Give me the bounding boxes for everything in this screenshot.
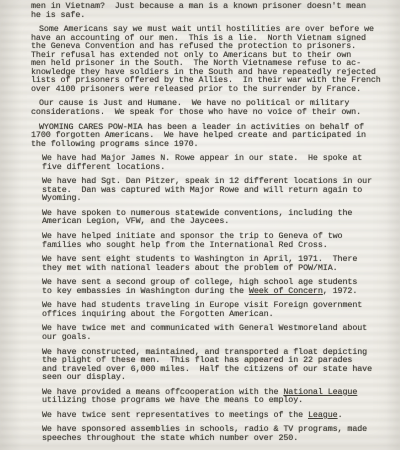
paragraph: WYOMING CARES POW-MIA has been a leader … (31, 123, 394, 149)
paragraph: We have constructed, maintained, and tra… (42, 348, 394, 382)
text-run: over 4100 prisoners were released prior … (31, 84, 361, 94)
text-line: seen our display. (42, 373, 394, 382)
text-line: men in Vietnam? Just because a man is a … (31, 2, 394, 11)
paragraph: Our cause is Just and Humane. We have no… (31, 99, 394, 116)
paragraph: We have had Sgt. Dan Pitzer, speak in 12… (42, 177, 394, 203)
text-line: We have twice met and communicated with … (42, 324, 394, 333)
text-line: American Legion, VFW, and the Jaycees. (42, 217, 394, 226)
text-run: state. Dan was captured with Major Rowe … (42, 185, 362, 195)
text-line: five different locations. (42, 163, 394, 172)
paragraph: Some Americans say we must wait until ho… (31, 25, 394, 93)
document-page: men in Vietnam? Just because a man is a … (0, 0, 400, 450)
paragraph: We have helped initiate and sponsor the … (42, 232, 394, 249)
text-run: they met with national leaders about the… (42, 263, 338, 273)
text-run: seen our display. (42, 372, 126, 382)
paragraph: We have twice sent representatives to me… (42, 411, 394, 420)
text-line: the following programs since 1970. (31, 140, 394, 149)
text-line: families who sought help from the Intern… (42, 241, 394, 250)
text-run: families who sought help from the Intern… (42, 240, 328, 250)
text-run: five different locations. (42, 162, 165, 172)
text-line: Wyoming. (42, 194, 394, 203)
paragraph: We have sent a second group of college, … (42, 278, 394, 295)
text-run: to key embassies in Washington during th… (42, 286, 249, 296)
text-run: American Legion, VFW, and the Jaycees. (42, 216, 229, 226)
paragraph: men in Vietnam? Just because a man is a … (31, 2, 394, 19)
text-line: speeches throughout the state which numb… (42, 434, 394, 443)
text-line: our goals. (42, 333, 394, 342)
text-run: utilizing those programs we have the mea… (42, 395, 303, 405)
text-run: Wyoming. (42, 193, 81, 203)
text-run: We have twice sent representatives to me… (42, 410, 308, 420)
text-line: over 4100 prisoners were released prior … (31, 85, 394, 94)
text-run: considerations. We speak for those who h… (31, 107, 361, 117)
paragraph: We have sponsored assemblies in schools,… (42, 425, 394, 442)
paragraph: We have had students traveling in Europe… (42, 301, 394, 318)
text-line: to key embassies in Washington during th… (42, 287, 394, 296)
paragraph: We have sent eight students to Washingto… (42, 255, 394, 272)
text-run: the following programs since 1970. (31, 139, 198, 149)
paragraph: We have provided a means offcooperation … (42, 388, 394, 405)
text-line: offices inquiring about the Forgotten Am… (42, 310, 394, 319)
document-body: men in Vietnam? Just because a man is a … (31, 2, 394, 448)
text-line: considerations. We speak for those who h… (31, 108, 394, 117)
text-run: our goals. (42, 332, 91, 342)
text-run: speeches throughout the state which numb… (42, 433, 298, 443)
text-line: state. Dan was captured with Major Rowe … (42, 186, 394, 195)
text-run: , 1972. (323, 286, 357, 296)
underlined-text: Week of Concern (249, 286, 323, 296)
paragraph: We have twice met and communicated with … (42, 324, 394, 341)
text-line: We have twice sent representatives to me… (42, 411, 394, 420)
text-run: he is safe. (31, 10, 85, 20)
underlined-text: League (308, 410, 338, 420)
text-run: offices inquiring about the Forgotten Am… (42, 309, 274, 319)
paragraph: We have had Major James N. Rowe appear i… (42, 154, 394, 171)
text-line: utilizing those programs we have the mea… (42, 396, 394, 405)
text-line: he is safe. (31, 11, 394, 20)
text-run: . (338, 410, 343, 420)
text-line: they met with national leaders about the… (42, 264, 394, 273)
paragraph: We have spoken to numerous statewide con… (42, 209, 394, 226)
